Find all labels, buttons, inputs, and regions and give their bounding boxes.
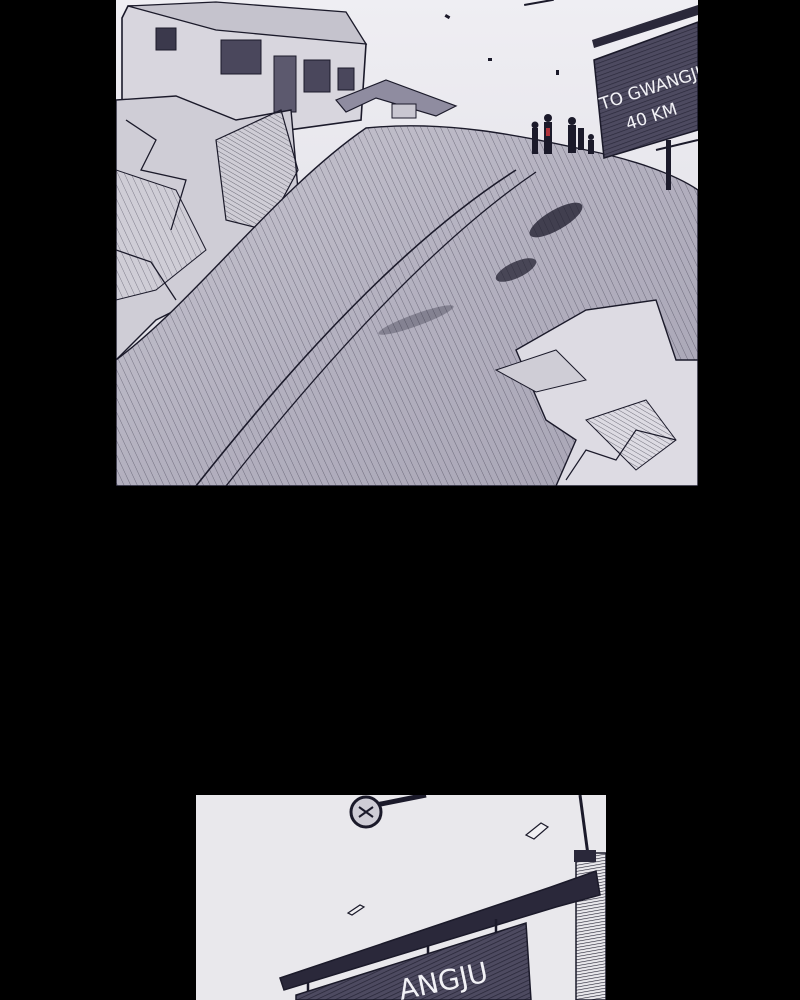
comic-panel-2: ANGJU (196, 795, 606, 1000)
street-lamp-sign-illustration: ANGJU (196, 795, 606, 1000)
ruined-road-illustration: TO GWANGJU 40 KM (116, 0, 698, 486)
comic-panel-1: TO GWANGJU 40 KM (116, 0, 698, 486)
